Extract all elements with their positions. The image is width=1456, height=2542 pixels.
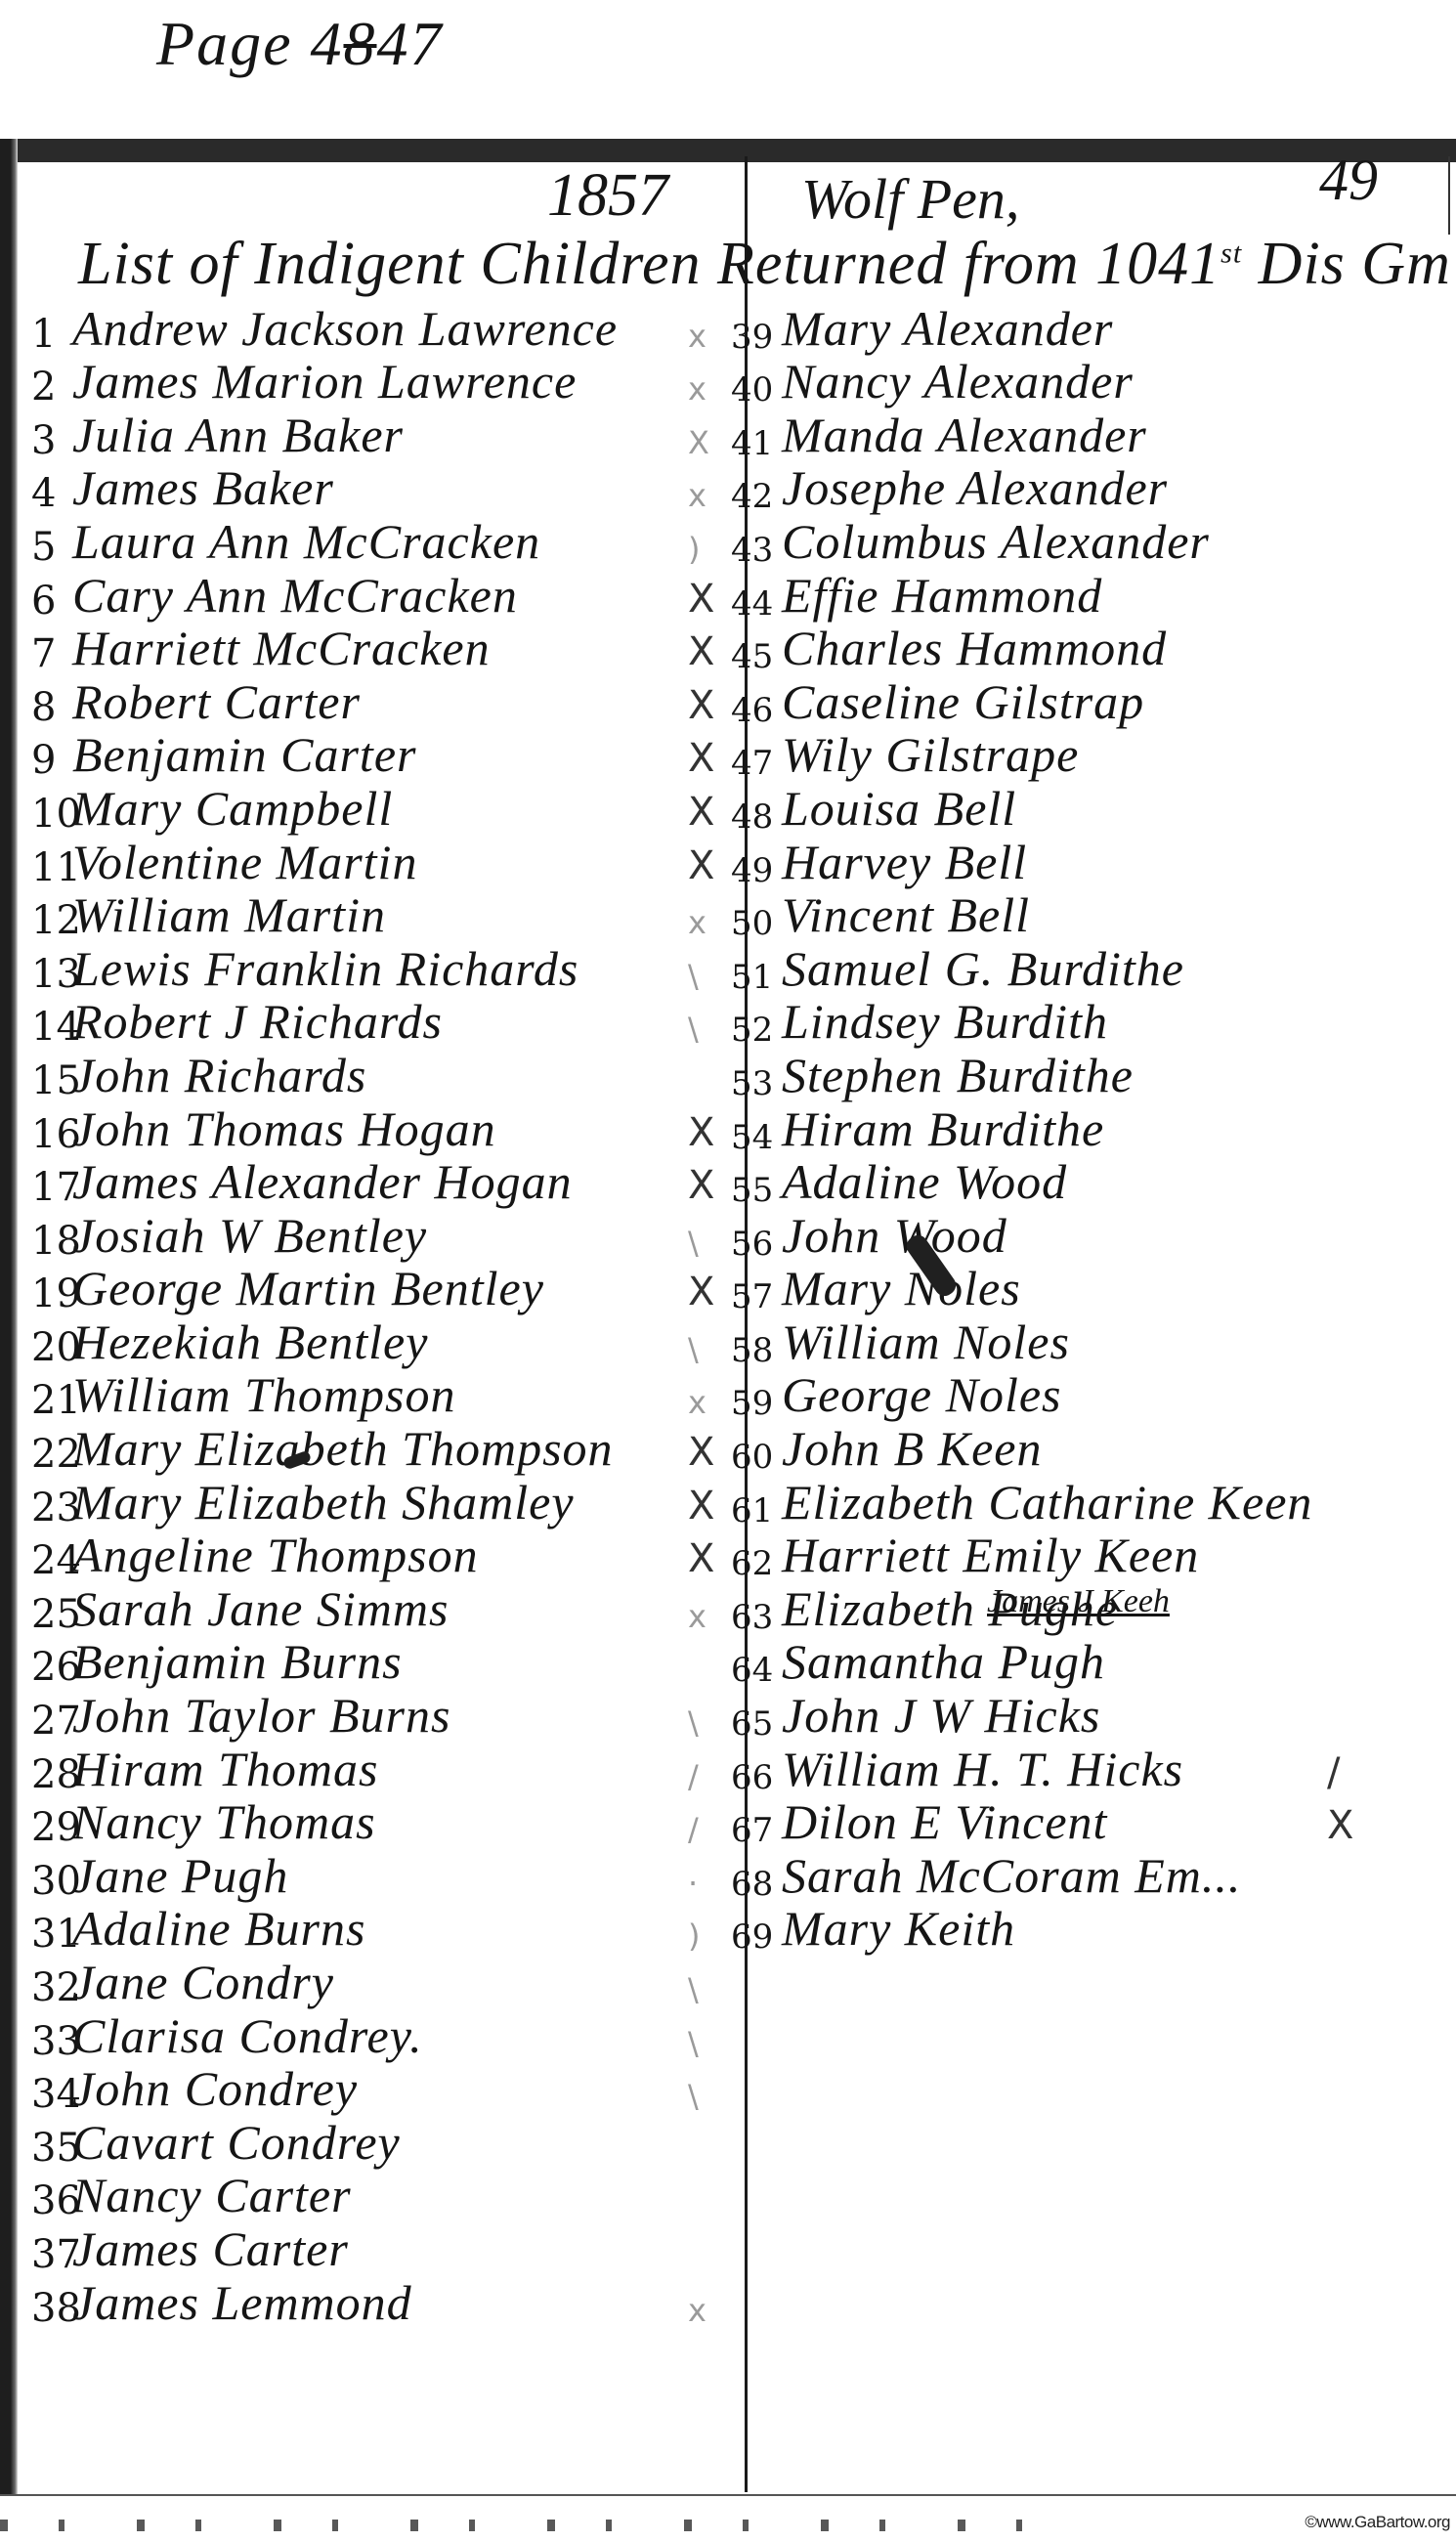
list-item: 35Cavart Condrey (31, 2117, 735, 2171)
entry-number: 8 (31, 685, 72, 730)
entry-number: 11 (31, 845, 72, 890)
list-item: 56John Wood (731, 1210, 1435, 1264)
page-annotation-struck: 8 (344, 9, 377, 78)
entry-number: 30 (31, 1859, 72, 1904)
location-heading: Wolf Pen, (801, 166, 1019, 232)
list-item: 44Effie Hammond (731, 570, 1435, 624)
entry-number: 24 (31, 1538, 72, 1583)
list-item: 12William Martinx (31, 890, 735, 944)
child-name: Clarisa Condrey. (72, 2007, 423, 2064)
list-item: 22Mary Elizabeth ThompsonX (31, 1423, 735, 1477)
entry-number: 22 (31, 1432, 72, 1477)
list-item: 52Lindsey Burdith (731, 997, 1435, 1051)
child-name: James Alexander Hogan (72, 1153, 573, 1210)
list-item: 2James Marion Lawrencex (31, 357, 735, 410)
list-item: 60John B Keen (731, 1423, 1435, 1477)
child-name: Lindsey Burdith (782, 993, 1108, 1050)
list-item: 38James Lemmondx (31, 2277, 735, 2331)
entry-number: 50 (731, 904, 782, 943)
child-name: Nancy Thomas (72, 1793, 376, 1850)
tally-mark: \ (688, 958, 699, 995)
child-name: Benjamin Carter (72, 726, 416, 783)
list-item: 24Angeline ThompsonX (31, 1530, 735, 1584)
child-name: Lewis Franklin Richards (72, 940, 578, 997)
list-item: 34John Condrey\ (31, 2064, 735, 2118)
child-name: Harvey Bell (782, 834, 1027, 890)
child-name: William Noles (782, 1314, 1070, 1370)
tally-mark: X (688, 843, 714, 888)
entry-number: 34 (31, 2072, 72, 2117)
child-name: Hiram Thomas (72, 1741, 378, 1797)
list-item: 14Robert J Richards\ (31, 997, 735, 1051)
entry-number: 7 (31, 631, 72, 676)
entry-number: 10 (31, 792, 72, 837)
list-item: 31Adaline Burns) (31, 1904, 735, 1958)
entry-number: 20 (31, 1325, 72, 1370)
list-item: 41Manda Alexander (731, 409, 1435, 463)
child-name: Cary Ann McCracken (72, 567, 518, 624)
title-ordinal: st (1220, 237, 1242, 269)
child-name: Effie Hammond (782, 567, 1102, 624)
entry-number: 33 (31, 2019, 72, 2064)
entry-number: 68 (731, 1865, 782, 1904)
child-name: Caseline Gilstrap (782, 673, 1144, 730)
list-item: 61Elizabeth Catharine Keen (731, 1477, 1435, 1530)
list-item: 64Samantha Pugh (731, 1637, 1435, 1691)
entry-number: 37 (31, 2232, 72, 2277)
entry-number: 27 (31, 1699, 72, 1744)
entry-number: 55 (731, 1171, 782, 1210)
child-name: Wily Gilstrape (782, 726, 1079, 783)
entry-number: 65 (731, 1704, 782, 1744)
child-name: Josiah W Bentley (72, 1207, 427, 1264)
list-item: 17James Alexander HoganX (31, 1157, 735, 1211)
list-item: 32Jane Condry\ (31, 1957, 735, 2010)
list-item: 19George Martin BentleyX (31, 1264, 735, 1317)
list-item: 27John Taylor Burns\ (31, 1690, 735, 1744)
list-item: 15John Richards (31, 1050, 735, 1103)
entry-number: 63 (731, 1598, 782, 1637)
tally-mark: x (688, 1384, 707, 1421)
entry-number: 4 (31, 471, 72, 516)
page-number-annotation: Page 4847 (156, 8, 444, 80)
list-item: 48Louisa Bell (731, 783, 1435, 837)
sheet-bottom-edge (0, 2494, 1456, 2496)
entry-number: 48 (731, 797, 782, 837)
child-name: Benjamin Burns (72, 1633, 403, 1690)
entry-number: 59 (731, 1384, 782, 1423)
list-item: 51Samuel G. Burdithe (731, 943, 1435, 997)
list-item: 20Hezekiah Bentley\ (31, 1316, 735, 1370)
tally-mark: \ (688, 2078, 699, 2115)
tally-mark: ) (688, 531, 700, 568)
child-name: John B Keen (782, 1420, 1042, 1477)
title-suffix: Dis Gm (1259, 231, 1451, 297)
entry-number: 58 (731, 1331, 782, 1370)
child-name: Sarah McCoram Em... (782, 1847, 1241, 1904)
entry-number: 57 (731, 1277, 782, 1316)
child-name: Hiram Burdithe (782, 1100, 1104, 1157)
child-name: Louisa Bell (782, 780, 1016, 837)
entry-number: 23 (31, 1486, 72, 1530)
list-item: 59George Noles (731, 1370, 1435, 1424)
child-name: Columbus Alexander (782, 513, 1210, 570)
list-item: 29Nancy Thomas/ (31, 1797, 735, 1851)
list-item: 57Mary Noles (731, 1264, 1435, 1317)
entry-number: 36 (31, 2178, 72, 2223)
list-item: 50Vincent Bell (731, 890, 1435, 944)
child-name: William H. T. Hicks (782, 1741, 1183, 1797)
entry-number: 56 (731, 1225, 782, 1264)
list-item: 68Sarah McCoram Em... (731, 1850, 1435, 1904)
child-name: John J W Hicks (782, 1687, 1100, 1744)
tally-mark: / (1327, 1750, 1340, 1795)
list-item: 39Mary Alexander (731, 303, 1435, 357)
list-item: 55Adaline Wood (731, 1157, 1435, 1211)
tally-mark: X (688, 629, 714, 674)
child-name: Hezekiah Bentley (72, 1314, 428, 1370)
tally-mark: X (688, 1163, 714, 1208)
child-name: Dilon E Vincent (782, 1793, 1107, 1850)
list-item: 42Josephe Alexander (731, 463, 1435, 517)
entry-number: 61 (731, 1491, 782, 1530)
entry-number: 43 (731, 531, 782, 570)
entry-number: 31 (31, 1912, 72, 1957)
tally-mark: · (688, 1865, 698, 1902)
tally-mark: X (688, 577, 714, 622)
entry-number: 62 (731, 1544, 782, 1583)
scan-artifact-strip (0, 2520, 1075, 2531)
child-name: John Richards (72, 1047, 366, 1103)
tally-mark: x (688, 904, 707, 941)
child-name: Volentine Martin (72, 834, 417, 890)
entry-number: 2 (31, 365, 72, 409)
page-annotation-prefix: Page 4 (156, 9, 344, 78)
child-name: Samantha Pugh (782, 1633, 1105, 1690)
list-item: 18Josiah W Bentley\ (31, 1210, 735, 1264)
child-name: Harriett Emily Keen (782, 1527, 1199, 1583)
child-name: Robert J Richards (72, 993, 443, 1050)
entry-number: 16 (31, 1112, 72, 1157)
tally-mark: X (688, 1110, 714, 1155)
entry-number: 1 (31, 312, 72, 357)
list-item: 6Cary Ann McCrackenX (31, 570, 735, 624)
child-name: Mary Campbell (72, 780, 393, 837)
child-name: Charles Hammond (782, 620, 1167, 676)
interlinear-note: James J Keeh (987, 1583, 1170, 1620)
entry-number: 21 (31, 1378, 72, 1423)
entry-number: 42 (731, 477, 782, 516)
child-name: James Marion Lawrence (72, 353, 577, 409)
list-item: 23Mary Elizabeth ShamleyX (31, 1477, 735, 1530)
entry-number: 25 (31, 1592, 72, 1637)
list-item: 9Benjamin CarterX (31, 730, 735, 784)
list-item: 45Charles Hammond (731, 624, 1435, 677)
child-name: James Carter (72, 2220, 349, 2277)
list-item: 66William H. T. Hicks/ (731, 1744, 1435, 1797)
year-heading: 1857 (547, 161, 668, 231)
child-name: Mary Elizabeth Thompson (72, 1420, 614, 1477)
list-item: 46Caseline Gilstrap (731, 676, 1435, 730)
tally-mark: X (688, 790, 714, 835)
child-name: Jane Pugh (72, 1847, 288, 1904)
entry-number: 38 (31, 2286, 72, 2331)
entry-number: 35 (31, 2126, 72, 2171)
list-item: 67Dilon E VincentX (731, 1797, 1435, 1851)
entry-number: 14 (31, 1005, 72, 1050)
entry-number: 41 (731, 424, 782, 463)
tally-mark: X (1327, 1803, 1353, 1848)
entry-number: 5 (31, 525, 72, 570)
child-name: Andrew Jackson Lawrence (72, 300, 618, 357)
entry-number: 53 (731, 1064, 782, 1103)
child-name: Mary Noles (782, 1260, 1021, 1316)
tally-mark: X (688, 683, 714, 728)
list-item: 5Laura Ann McCracken) (31, 516, 735, 570)
list-item: 54Hiram Burdithe (731, 1103, 1435, 1157)
sheet-number: 49 (1319, 147, 1378, 214)
entry-number: 67 (731, 1811, 782, 1850)
list-item: 33Clarisa Condrey.\ (31, 2010, 735, 2064)
child-name: John Thomas Hogan (72, 1100, 496, 1157)
list-item: 1Andrew Jackson Lawrencex (31, 303, 735, 357)
child-name: John Condrey (72, 2060, 358, 2117)
child-name: Elizabeth Catharine Keen (782, 1474, 1312, 1530)
entry-number: 9 (31, 738, 72, 783)
list-item: 7Harriett McCrackenX (31, 624, 735, 677)
page-annotation-current: 47 (377, 9, 444, 78)
tally-mark: \ (688, 2025, 699, 2062)
entry-number: 47 (731, 744, 782, 783)
list-item: 26Benjamin Burns (31, 1637, 735, 1691)
list-item: 37James Carter (31, 2223, 735, 2277)
entry-number: 12 (31, 898, 72, 943)
child-name: Adaline Wood (782, 1153, 1067, 1210)
entry-number: 64 (731, 1651, 782, 1690)
entry-number: 6 (31, 579, 72, 624)
list-item: 11Volentine MartinX (31, 837, 735, 890)
list-item: 3Julia Ann BakerX (31, 409, 735, 463)
child-name: Samuel G. Burdithe (782, 940, 1184, 997)
list-item: 4James Bakerx (31, 463, 735, 517)
entry-number: 46 (731, 691, 782, 730)
child-name: James Lemmond (72, 2274, 412, 2331)
child-name: Robert Carter (72, 673, 361, 730)
tally-mark: \ (688, 1704, 699, 1742)
child-name: William Thompson (72, 1366, 455, 1423)
tally-mark: \ (688, 1011, 699, 1048)
list-item: 49Harvey Bell (731, 837, 1435, 890)
child-name: Sarah Jane Simms (72, 1580, 449, 1637)
child-name: Mary Keith (782, 1900, 1015, 1957)
entry-number: 15 (31, 1058, 72, 1103)
entry-number: 26 (31, 1645, 72, 1690)
child-name: Mary Elizabeth Shamley (72, 1474, 575, 1530)
entry-number: 13 (31, 952, 72, 997)
title-main: List of Indigent Children Returned from … (78, 231, 1220, 297)
child-name: Nancy Alexander (782, 353, 1134, 409)
entry-number: 18 (31, 1219, 72, 1264)
child-name: Josephe Alexander (782, 459, 1168, 516)
tally-mark: \ (688, 1971, 699, 2008)
tally-mark: X (688, 1484, 714, 1529)
sheet-left-edge (0, 139, 18, 2494)
child-name: Laura Ann McCracken (72, 513, 540, 570)
child-name: George Martin Bentley (72, 1260, 544, 1316)
child-name: Adaline Burns (72, 1900, 365, 1957)
list-item: 28Hiram Thomas/ (31, 1744, 735, 1797)
child-name: John Taylor Burns (72, 1687, 450, 1744)
children-list-right: 39Mary Alexander40Nancy Alexander41Manda… (731, 303, 1435, 1957)
tally-mark: x (688, 1598, 707, 1635)
child-name: Vincent Bell (782, 886, 1030, 943)
tally-mark: X (688, 424, 709, 461)
child-name: Mary Alexander (782, 300, 1113, 357)
child-name: Harriett McCracken (72, 620, 491, 676)
list-item: 36Nancy Carter (31, 2171, 735, 2224)
list-item: 58William Noles (731, 1316, 1435, 1370)
list-item: 8Robert CarterX (31, 676, 735, 730)
right-margin-rule (1448, 156, 1450, 235)
child-name: Stephen Burdithe (782, 1047, 1134, 1103)
tally-mark: X (688, 1536, 714, 1581)
tally-mark: x (688, 370, 707, 408)
entry-number: 32 (31, 1965, 72, 2010)
tally-mark: x (688, 2292, 707, 2329)
list-item: 69Mary Keith (731, 1904, 1435, 1958)
child-name: Jane Condry (72, 1954, 334, 2010)
list-item: 43Columbus Alexander (731, 516, 1435, 570)
entry-number: 19 (31, 1271, 72, 1316)
entry-number: 40 (731, 370, 782, 409)
child-name: Julia Ann Baker (72, 407, 404, 463)
tally-mark: X (688, 1270, 714, 1314)
child-name: Angeline Thompson (72, 1527, 479, 1583)
entry-number: 17 (31, 1165, 72, 1210)
list-item: 47Wily Gilstrape (731, 730, 1435, 784)
list-item: 16John Thomas HoganX (31, 1103, 735, 1157)
watermark: ©www.GaBartow.org (1305, 2513, 1450, 2532)
tally-mark: / (688, 1758, 699, 1795)
list-item: 21William Thompsonx (31, 1370, 735, 1424)
child-name: William Martin (72, 886, 386, 943)
child-name: Manda Alexander (782, 407, 1147, 463)
list-item: 40Nancy Alexander (731, 357, 1435, 410)
list-item: 53Stephen Burdithe (731, 1050, 1435, 1103)
tally-mark: X (688, 736, 714, 781)
entry-number: 28 (31, 1752, 72, 1797)
child-name: Nancy Carter (72, 2167, 352, 2223)
entry-number: 49 (731, 851, 782, 890)
tally-mark: ) (688, 1917, 700, 1955)
tally-mark: / (688, 1811, 699, 1848)
list-item: 62Harriett Emily Keen (731, 1530, 1435, 1584)
entry-number: 45 (731, 637, 782, 676)
entry-number: 39 (731, 318, 782, 357)
tally-mark: \ (688, 1331, 699, 1368)
list-item: 30Jane Pugh· (31, 1850, 735, 1904)
entry-number: 52 (731, 1011, 782, 1050)
child-name: George Noles (782, 1366, 1062, 1423)
tally-mark: X (688, 1430, 714, 1475)
entry-number: 60 (731, 1438, 782, 1477)
list-item: 13Lewis Franklin Richards\ (31, 943, 735, 997)
list-item: 10Mary CampbellX (31, 783, 735, 837)
entry-number: 3 (31, 418, 72, 463)
entry-number: 51 (731, 958, 782, 997)
entry-number: 29 (31, 1805, 72, 1850)
entry-number: 66 (731, 1758, 782, 1797)
entry-number: 44 (731, 584, 782, 624)
child-name: James Baker (72, 459, 334, 516)
children-list-left: 1Andrew Jackson Lawrencex2James Marion L… (31, 303, 735, 2331)
tally-mark: x (688, 477, 707, 514)
tally-mark: x (688, 318, 707, 355)
entry-number: 69 (731, 1917, 782, 1957)
list-item: 65John J W Hicks (731, 1690, 1435, 1744)
tally-mark: \ (688, 1225, 699, 1262)
entry-number: 54 (731, 1118, 782, 1157)
list-item: 25Sarah Jane Simmsx (31, 1583, 735, 1637)
child-name: Cavart Condrey (72, 2114, 401, 2171)
document-title: List of Indigent Children Returned from … (78, 230, 1451, 299)
child-name: John Wood (782, 1207, 1007, 1264)
